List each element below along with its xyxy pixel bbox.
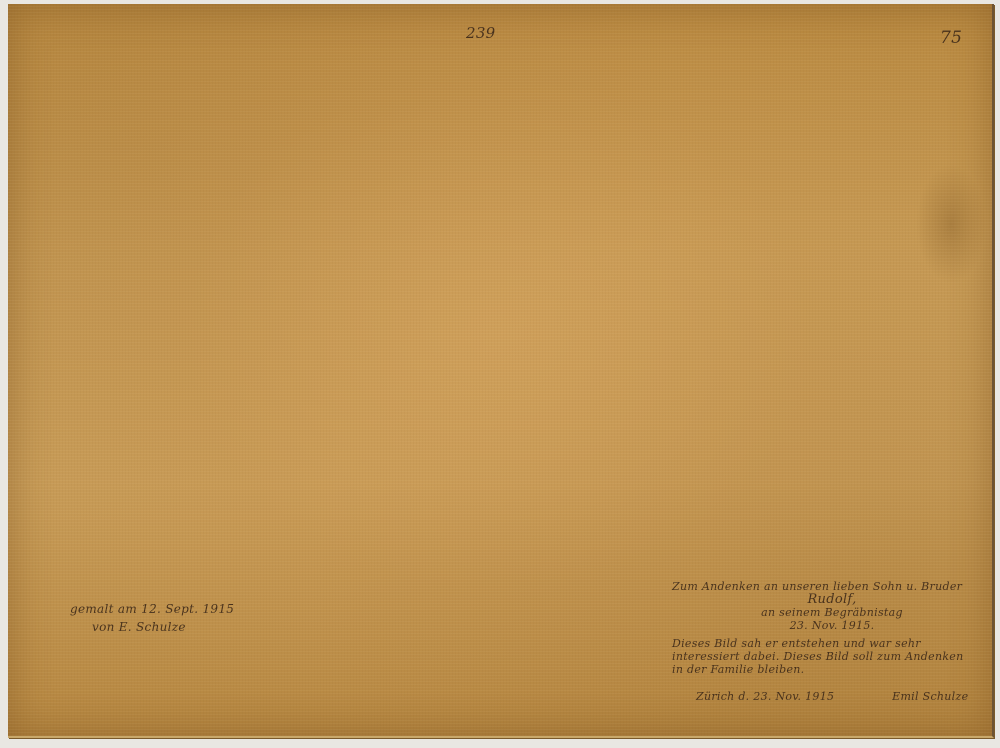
paragraph-line-1: Dieses Bild sah er entstehen und war seh… — [672, 637, 992, 650]
paragraph-line-3: in der Familie bleiben. — [672, 663, 992, 676]
dedication-name: Rudolf, — [672, 593, 992, 606]
author-signature: Emil Schulze — [892, 690, 968, 703]
dedication-note: Zum Andenken an unseren lieben Sohn u. B… — [672, 580, 992, 703]
corner-number: 75 — [940, 28, 962, 48]
dedication-paragraph: Dieses Bild sah er entstehen und war seh… — [672, 637, 992, 676]
paragraph-line-2: interessiert dabei. Dieses Bild soll zum… — [672, 650, 992, 663]
place-date: Zürich d. 23. Nov. 1915 — [696, 690, 834, 703]
painter-note-line-2: von E. Schulze — [70, 618, 234, 636]
card-back: 239 75 gemalt am 12. Sept. 1915 von E. S… — [8, 4, 994, 738]
water-stain — [916, 164, 986, 284]
dedication-line-3: an seinem Begräbnistag — [672, 606, 992, 619]
painter-note-line-1: gemalt am 12. Sept. 1915 — [70, 602, 234, 616]
catalog-number: 239 — [466, 24, 496, 42]
painter-note: gemalt am 12. Sept. 1915 von E. Schulze — [70, 600, 234, 636]
dedication-date: 23. Nov. 1915. — [672, 619, 992, 632]
signature-line: Zürich d. 23. Nov. 1915 Emil Schulze — [672, 690, 992, 703]
